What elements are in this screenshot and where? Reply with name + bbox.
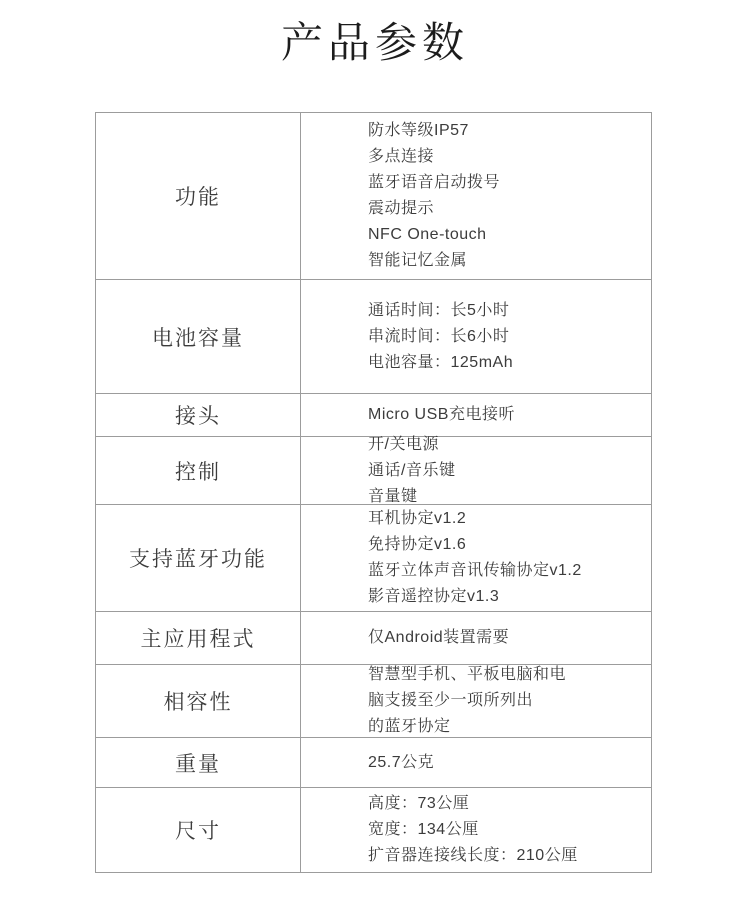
row-value: 高度：73公厘 宽度：134公厘 扩音器连接线长度：210公厘 [301, 788, 651, 872]
value-line: NFC One-touch [368, 222, 643, 248]
row-value: 防水等级IP57 多点连接 蓝牙语音启动拨号 震动提示 NFC One-touc… [301, 113, 651, 279]
row-label: 控制 [96, 437, 301, 504]
value-line: 通话/音乐键 [368, 458, 643, 484]
table-row-bluetooth-profiles: 支持蓝牙功能 耳机协定v1.2 免持协定v1.6 蓝牙立体声音讯传输协定v1.2… [96, 504, 651, 611]
row-label: 支持蓝牙功能 [96, 505, 301, 611]
value-line: 影音遥控协定v1.3 [368, 584, 643, 610]
row-label: 主应用程式 [96, 612, 301, 664]
table-row-compatibility: 相容性 智慧型手机、平板电脑和电 脑支援至少一项所列出 的蓝牙协定 [96, 664, 651, 737]
row-value: Micro USB充电接听 [301, 394, 651, 436]
row-label: 接头 [96, 394, 301, 436]
row-label: 尺寸 [96, 788, 301, 872]
table-row-features: 功能 防水等级IP57 多点连接 蓝牙语音启动拨号 震动提示 NFC One-t… [96, 113, 651, 279]
value-line: 蓝牙立体声音讯传输协定v1.2 [368, 558, 643, 584]
value-line: Micro USB充电接听 [368, 402, 643, 428]
value-line: 串流时间：长6小时 [368, 324, 643, 350]
row-label: 重量 [96, 738, 301, 787]
value-line: 宽度：134公厘 [368, 817, 643, 843]
table-row-battery: 电池容量 通话时间：长5小时 串流时间：长6小时 电池容量：125mAh [96, 279, 651, 393]
table-row-controls: 控制 开/关电源 通话/音乐键 音量键 [96, 436, 651, 504]
value-line: 智能记忆金属 [368, 248, 643, 274]
row-value: 耳机协定v1.2 免持协定v1.6 蓝牙立体声音讯传输协定v1.2 影音遥控协定… [301, 505, 651, 611]
row-value: 25.7公克 [301, 738, 651, 787]
value-line: 的蓝牙协定 [368, 714, 643, 740]
value-line: 电池容量：125mAh [368, 350, 643, 376]
value-line: 25.7公克 [368, 750, 643, 776]
table-row-main-app: 主应用程式 仅Android装置需要 [96, 611, 651, 664]
value-line: 仅Android装置需要 [368, 625, 643, 651]
table-row-dimensions: 尺寸 高度：73公厘 宽度：134公厘 扩音器连接线长度：210公厘 [96, 787, 651, 872]
value-line: 防水等级IP57 [368, 118, 643, 144]
row-label: 相容性 [96, 665, 301, 737]
row-value: 智慧型手机、平板电脑和电 脑支援至少一项所列出 的蓝牙协定 [301, 665, 651, 737]
row-value: 开/关电源 通话/音乐键 音量键 [301, 437, 651, 504]
value-line: 耳机协定v1.2 [368, 506, 643, 532]
value-line: 扩音器连接线长度：210公厘 [368, 843, 643, 869]
value-line: 蓝牙语音启动拨号 [368, 170, 643, 196]
value-line: 多点连接 [368, 144, 643, 170]
row-label: 电池容量 [96, 280, 301, 393]
spec-table: 功能 防水等级IP57 多点连接 蓝牙语音启动拨号 震动提示 NFC One-t… [95, 112, 652, 873]
value-line: 智慧型手机、平板电脑和电 [368, 662, 643, 688]
row-value: 通话时间：长5小时 串流时间：长6小时 电池容量：125mAh [301, 280, 651, 393]
value-line: 开/关电源 [368, 432, 643, 458]
row-value: 仅Android装置需要 [301, 612, 651, 664]
table-row-connector: 接头 Micro USB充电接听 [96, 393, 651, 436]
value-line: 通话时间：长5小时 [368, 298, 643, 324]
page-title: 产品参数 [0, 10, 750, 70]
value-line: 脑支援至少一项所列出 [368, 688, 643, 714]
row-label: 功能 [96, 113, 301, 279]
product-parameters-page: 产品参数 功能 防水等级IP57 多点连接 蓝牙语音启动拨号 震动提示 NFC … [0, 0, 750, 910]
value-line: 免持协定v1.6 [368, 532, 643, 558]
value-line: 震动提示 [368, 196, 643, 222]
table-row-weight: 重量 25.7公克 [96, 737, 651, 787]
value-line: 高度：73公厘 [368, 791, 643, 817]
